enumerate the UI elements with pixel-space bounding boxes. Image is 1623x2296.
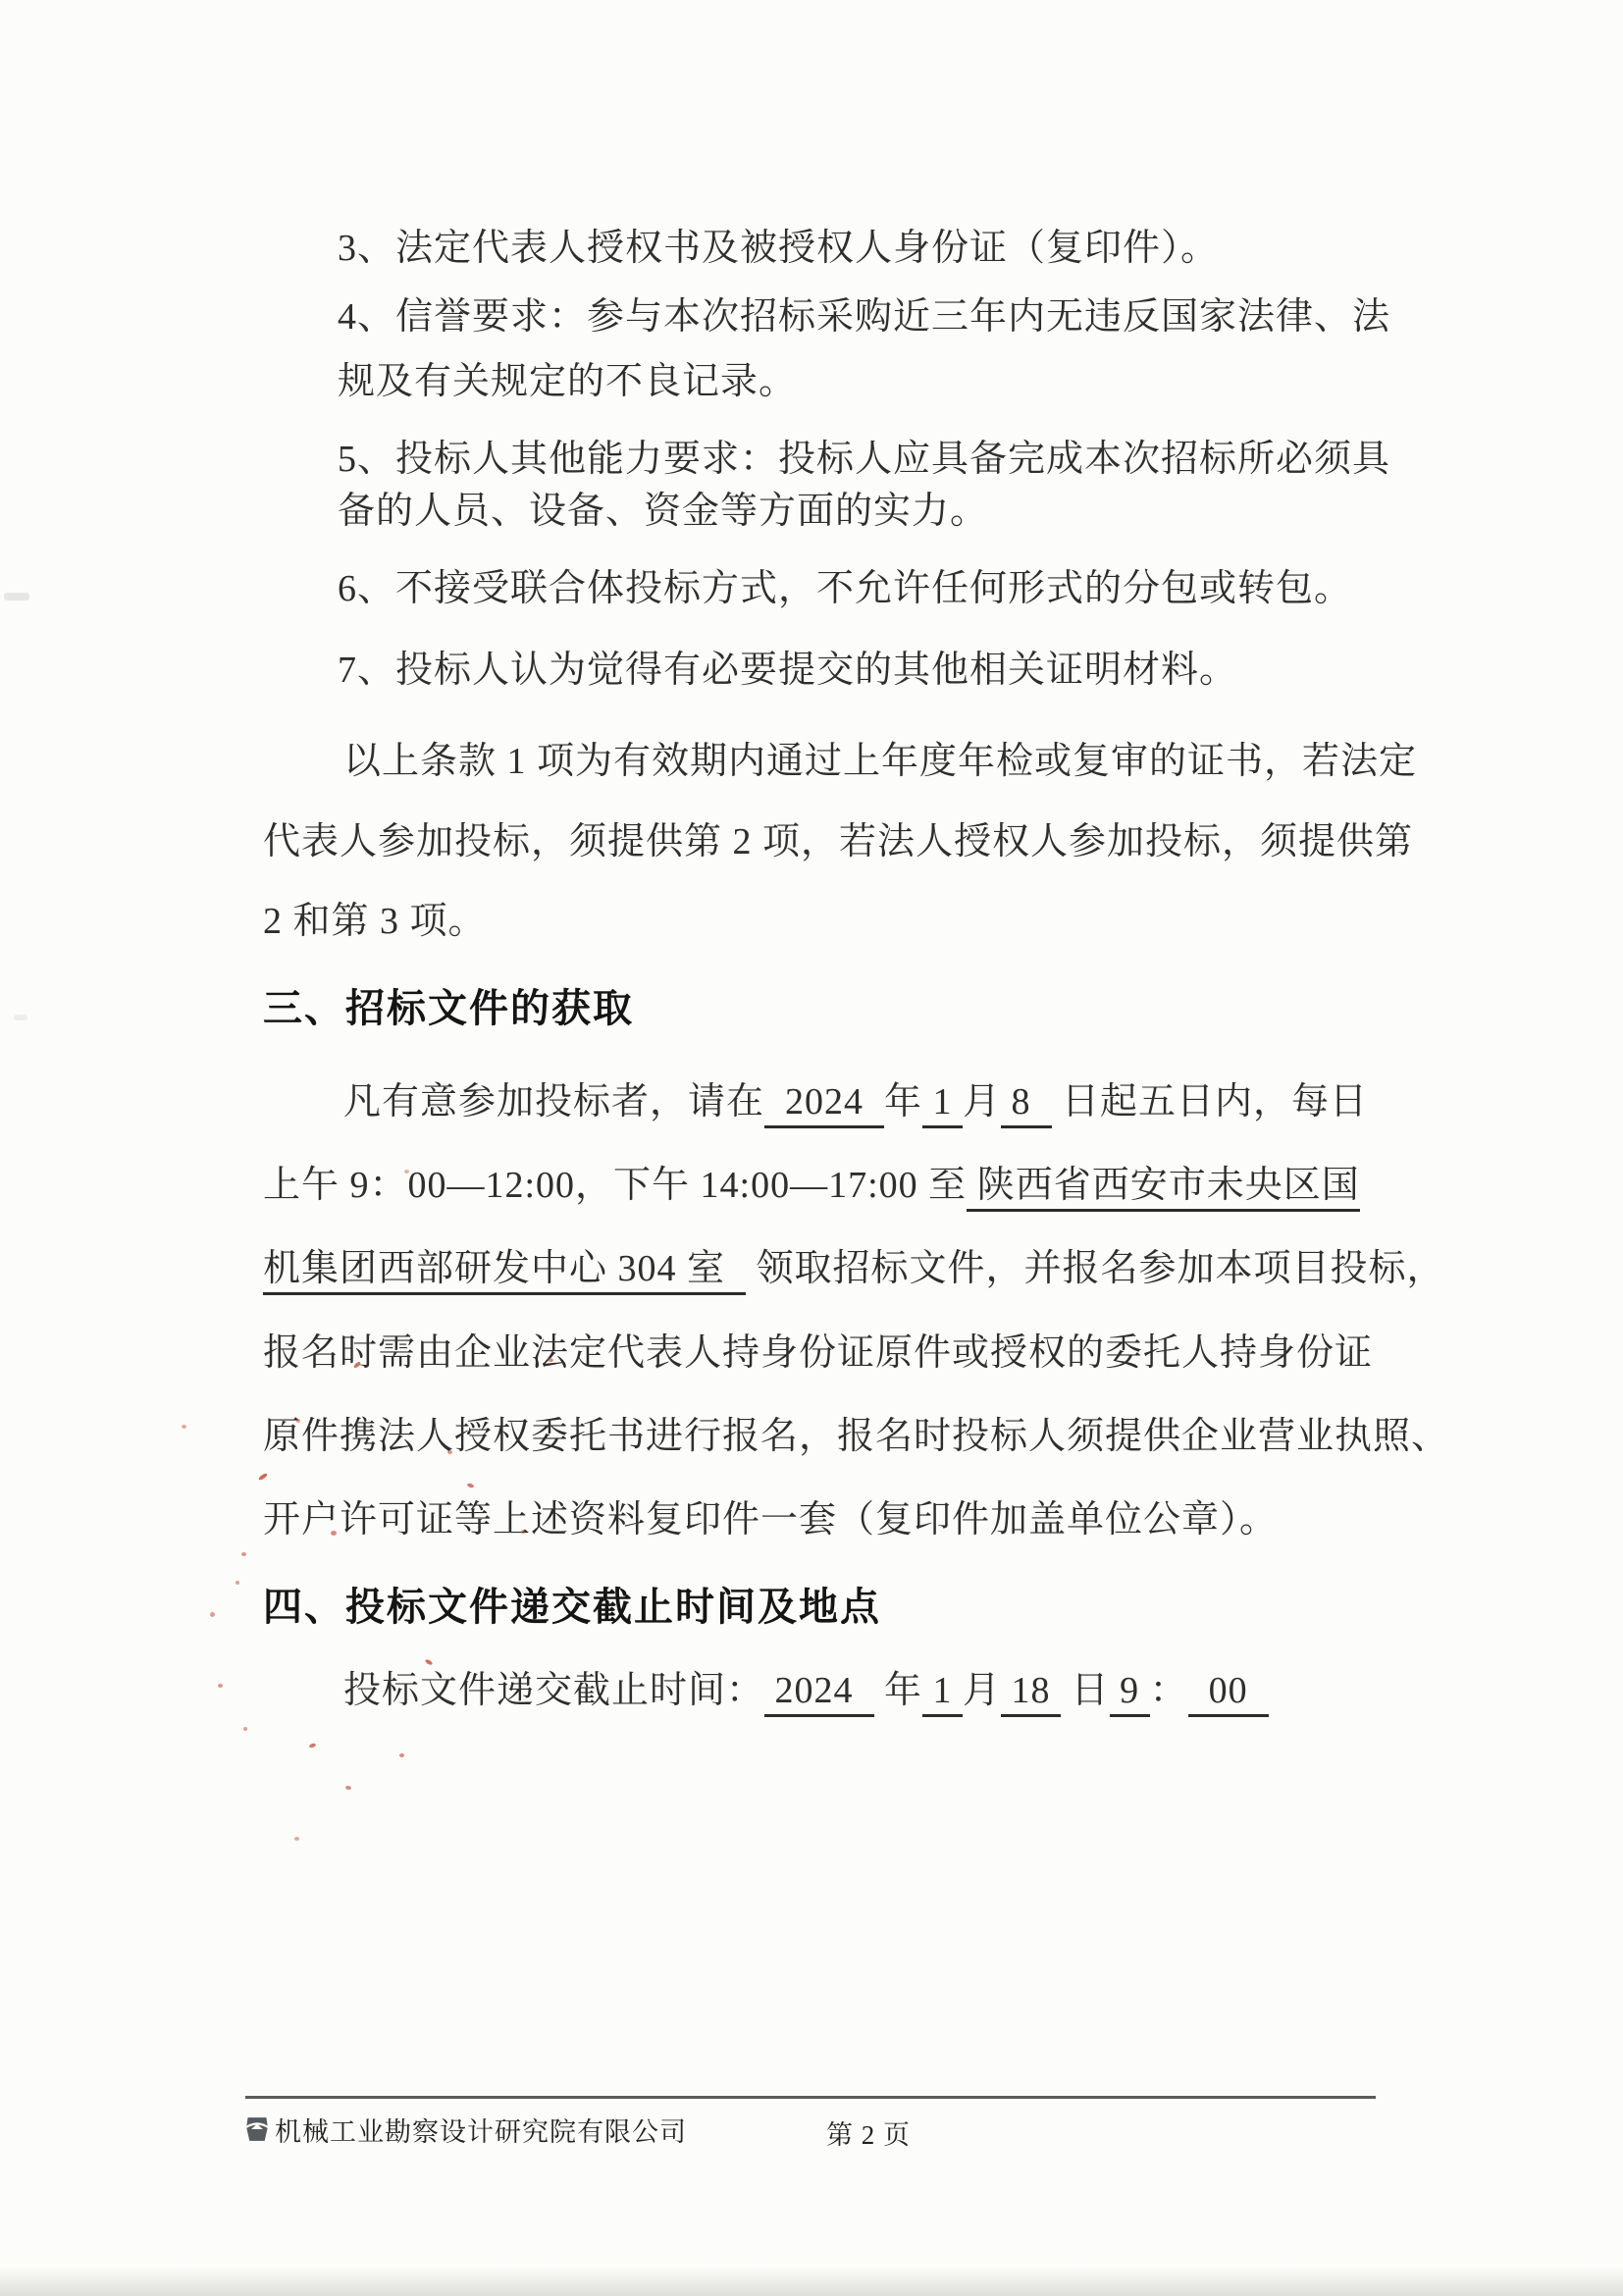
text-run: 月	[963, 1670, 1001, 1711]
filled-blank: 陕西省西安市未央区国	[967, 1165, 1360, 1212]
acquire-paragraph-line-6: 开户许可证等上述资料复印件一套（复印件加盖单位公章）。	[263, 1497, 1278, 1542]
filled-blank: 18	[1001, 1670, 1061, 1717]
footer-page-number: 第 2 页	[826, 2113, 911, 2152]
text-run: 年	[874, 1670, 923, 1711]
condition-item-5-line-1: 5、投标人其他能力要求：投标人应具备完成本次招标所必须具	[338, 437, 1390, 482]
condition-item-5-line-2: 备的人员、设备、资金等方面的实力。	[338, 489, 988, 534]
condition-item-3: 3、法定代表人授权书及被授权人身份证（复印件）。	[338, 226, 1219, 271]
text-run: 凡有意参加投标者，请在	[343, 1081, 764, 1122]
condition-item-4-line-2: 规及有关规定的不良记录。	[338, 359, 797, 404]
acquire-paragraph-line-2: 上午 9：00—12:00，下午 14:00—17:00 至 陕西省西安市未央区…	[263, 1163, 1360, 1208]
deadline-line: 投标文件递交截止时间： 2024 年 1 月 18 日 9 ： 00	[343, 1668, 1269, 1713]
scan-smudge	[4, 593, 29, 600]
filled-blank: 00	[1188, 1670, 1269, 1717]
condition-item-6: 6、不接受联合体投标方式，不允许任何形式的分包或转包。	[338, 566, 1352, 611]
scan-bottom-edge	[0, 2267, 1623, 2296]
filled-blank: 2024	[764, 1081, 884, 1128]
red-stamp-speckle	[258, 1472, 268, 1481]
footer-rule	[245, 2096, 1376, 2099]
acquire-paragraph-line-5: 原件携法人授权委托书进行报名，报名时投标人须提供企业营业执照、	[263, 1414, 1449, 1459]
text-run: 领取招标文件，并报名参加本项目投标，	[746, 1248, 1445, 1289]
text-run: 原件携法人授权委托书进行报名，报名时投标人须提供企业营业执照、	[263, 1416, 1449, 1457]
text-run: 日	[1061, 1670, 1110, 1711]
filled-blank: 8	[1001, 1081, 1052, 1128]
red-stamp-speckle	[243, 1727, 247, 1731]
footer-company-name: 机械工业勘察设计研究院有限公司	[275, 2111, 687, 2149]
red-stamp-speckle	[236, 1581, 239, 1585]
red-stamp-speckle	[399, 1753, 404, 1757]
text-run: 投标文件递交截止时间：	[343, 1670, 764, 1711]
acquire-paragraph-line-3: 机集团西部研发中心 304 室 领取招标文件，并报名参加本项目投标，	[263, 1246, 1445, 1291]
red-stamp-speckle	[218, 1684, 223, 1688]
note-paragraph-line-3: 2 和第 3 项。	[263, 899, 487, 944]
red-stamp-speckle	[294, 1837, 299, 1841]
condition-item-7: 7、投标人认为觉得有必要提交的其他相关证明材料。	[338, 648, 1237, 693]
text-run: 上午 9：00—12:00，下午 14:00—17:00 至	[263, 1165, 967, 1206]
scanned-tender-document-page: 3、法定代表人授权书及被授权人身份证（复印件）。 4、信誉要求：参与本次招标采购…	[0, 0, 1623, 2296]
red-stamp-speckle	[425, 1658, 434, 1665]
note-paragraph-line-1: 以上条款 1 项为有效期内通过上年度年检或复审的证书，若法定	[343, 739, 1417, 784]
company-logo-icon	[245, 2116, 269, 2142]
filled-blank: 机集团西部研发中心 304 室	[263, 1248, 746, 1295]
section-heading-3: 三、招标文件的获取	[263, 986, 634, 1031]
red-stamp-speckle	[182, 1425, 186, 1429]
text-run: 日起五日内，每日	[1052, 1081, 1369, 1122]
acquire-paragraph-line-4: 报名时需由企业法定代表人持身份证原件或授权的委托人持身份证	[263, 1331, 1373, 1376]
red-stamp-speckle	[309, 1743, 317, 1748]
red-stamp-speckle	[210, 1612, 215, 1617]
text-run: 年	[884, 1081, 922, 1122]
text-run: ：	[1150, 1670, 1188, 1711]
red-stamp-speckle	[467, 1483, 475, 1488]
filled-blank: 1	[922, 1081, 963, 1128]
text-run: 月	[963, 1081, 1001, 1122]
filled-blank: 9	[1110, 1670, 1150, 1717]
section-heading-4: 四、投标文件递交截止时间及地点	[263, 1585, 881, 1630]
text-run: 开户许可证等上述资料复印件一套（复印件加盖单位公章）。	[263, 1499, 1278, 1540]
text-run: 报名时需由企业法定代表人持身份证原件或授权的委托人持身份证	[263, 1332, 1373, 1374]
page-footer: 机械工业勘察设计研究院有限公司 第 2 页	[245, 2108, 1376, 2151]
filled-blank: 1	[922, 1670, 963, 1717]
red-stamp-speckle	[345, 1786, 352, 1791]
filled-blank: 2024	[764, 1670, 874, 1717]
red-stamp-speckle	[241, 1552, 246, 1556]
scan-smudge	[14, 1015, 27, 1020]
note-paragraph-line-2: 代表人参加投标，须提供第 2 项，若法人授权人参加投标，须提供第	[263, 819, 1413, 864]
condition-item-4-line-1: 4、信誉要求：参与本次招标采购近三年内无违反国家法律、法	[338, 294, 1390, 339]
acquire-paragraph-line-1: 凡有意参加投标者，请在 2024 年 1 月 8 日起五日内，每日	[343, 1079, 1368, 1124]
